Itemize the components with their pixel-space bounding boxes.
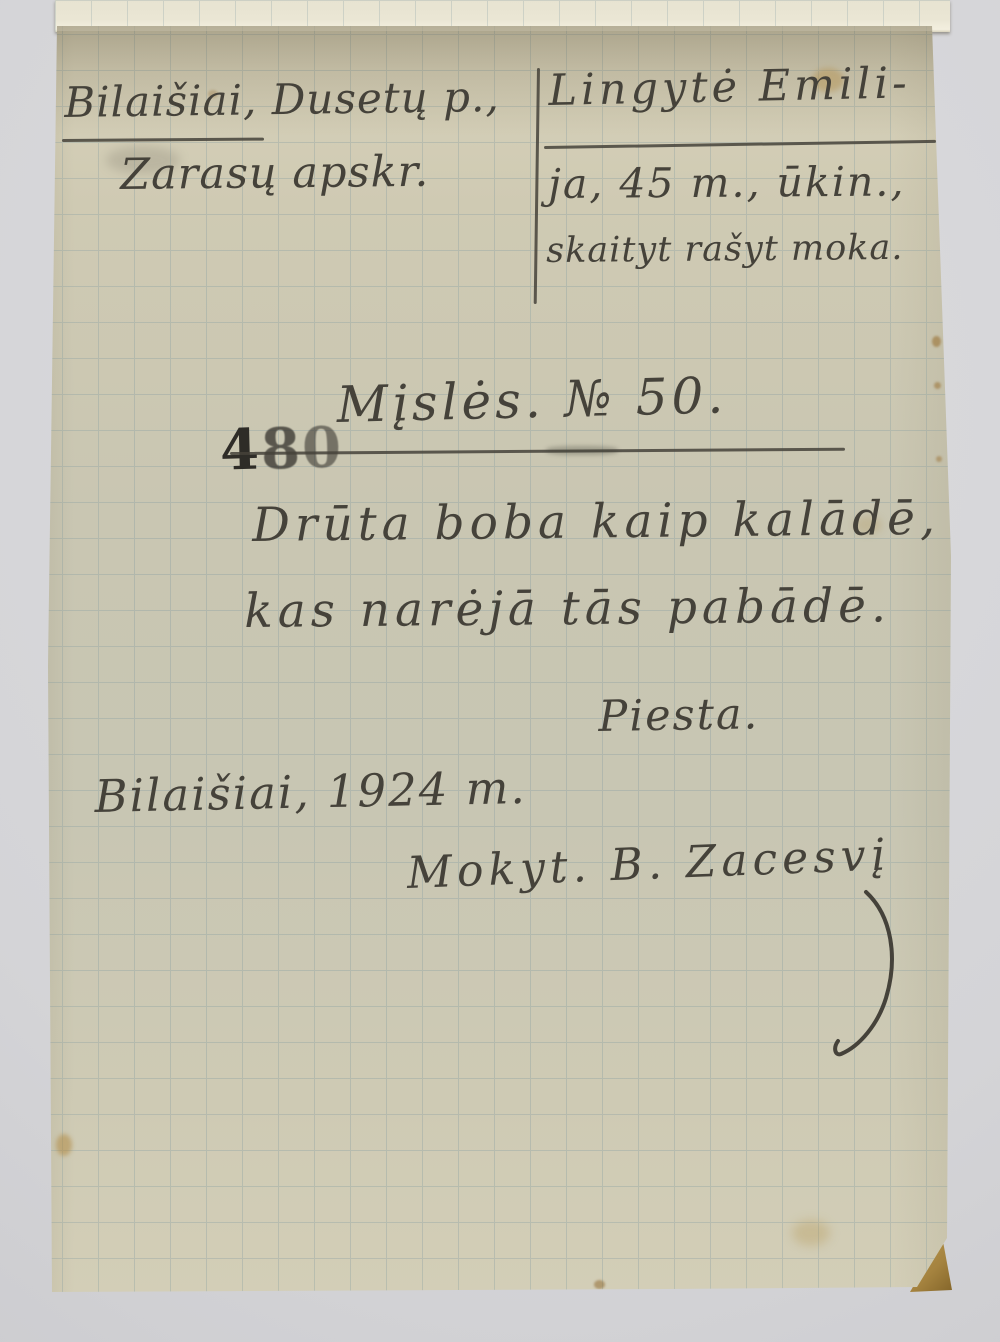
paper-stain <box>594 1280 605 1289</box>
notebook-page: Bilaišiai, Dusetų p., Zarasų apskr. Ling… <box>48 26 953 1296</box>
archive-number-stamp: 480 <box>219 414 344 483</box>
district-line: Zarasų apskr. <box>120 149 429 200</box>
informant-literacy-line: skaityt rašyt moka. <box>546 229 904 271</box>
stamp-digit: 8 <box>260 415 303 482</box>
paper-stain <box>936 456 942 462</box>
signature-flourish-stroke <box>788 876 958 1086</box>
place-name-rest: , Dusetų p., <box>243 72 500 125</box>
paper-stain <box>934 382 941 389</box>
collection-place-line: Bilaišiai, Dusetų p., <box>64 74 500 126</box>
paper-stain <box>56 1134 72 1156</box>
stamp-digit: 4 <box>219 417 262 484</box>
ink-smear <box>546 446 618 455</box>
grid-paper-lines <box>48 26 953 1296</box>
riddle-text-line: Drūta boba kaip kalādē, <box>252 493 940 552</box>
riddle-answer: Piesta. <box>598 691 760 741</box>
paper-stain <box>932 336 941 347</box>
paper-stain <box>792 1220 830 1246</box>
place-date-line: Bilaišiai, 1924 m. <box>94 763 527 822</box>
riddle-text-line: kas narėjā tās pabādē. <box>244 580 891 637</box>
photo-backdrop: Bilaišiai, Dusetų p., Zarasų apskr. Ling… <box>0 0 1000 1342</box>
informant-age-line: ja, 45 m., ūkin., <box>548 160 906 208</box>
riddle-title: Mįslės. № 50. <box>336 368 728 433</box>
informant-name-line: Lingytė Emili- <box>548 60 911 115</box>
place-name-underlined: Bilaišiai <box>64 76 243 127</box>
